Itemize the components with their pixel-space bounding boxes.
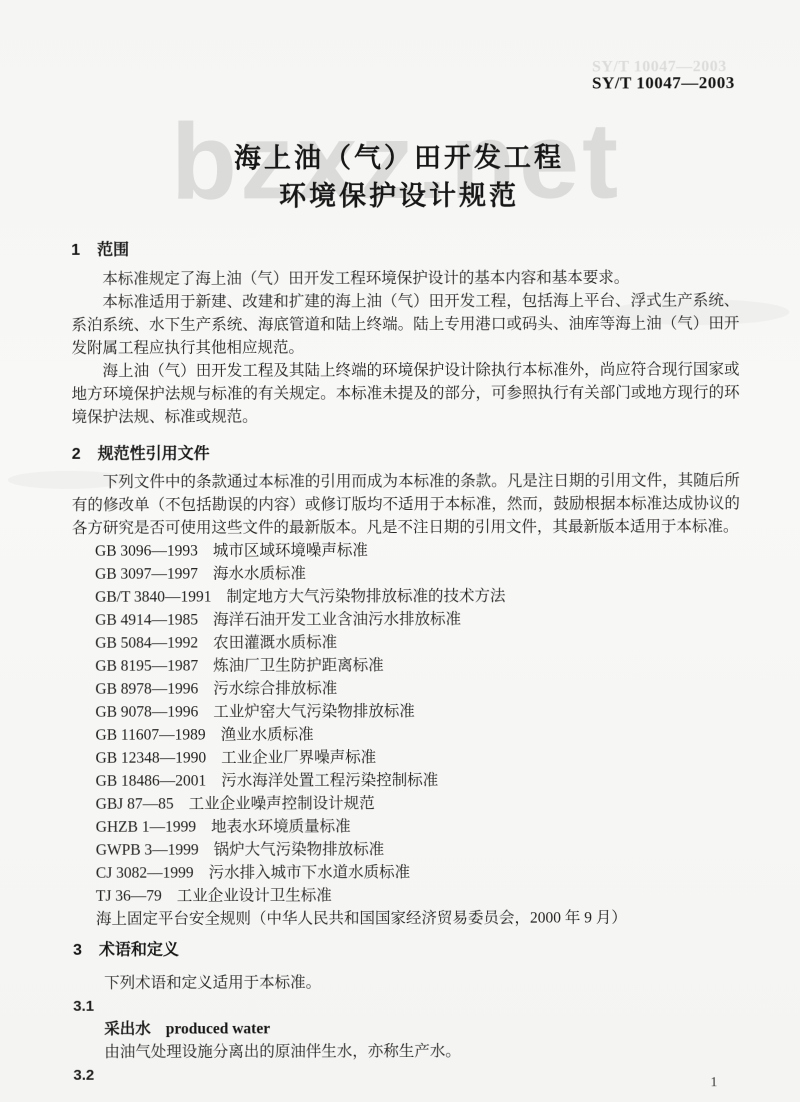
reference-name: 海洋石油开发工业含油污水排放标准	[213, 611, 461, 629]
reference-item: GB 8195—1987炼油厂卫生防护距离标准	[72, 653, 740, 678]
section-title: 术语和定义	[99, 942, 179, 959]
term-english: produced water	[166, 1020, 270, 1037]
reference-item: GB 3096—1993城市区域环境噪声标准	[72, 538, 740, 563]
reference-code: GBJ 87—85	[96, 796, 174, 813]
reference-item: GBJ 87—85工业企业噪声控制设计规范	[73, 791, 741, 816]
reference-item: GB 9078—1996工业炉窑大气污染物排放标准	[72, 699, 740, 724]
reference-name: 锅炉大气污染物排放标准	[214, 841, 385, 858]
reference-name: 渔业水质标准	[221, 726, 314, 743]
reference-code: GB 4914—1985	[95, 612, 198, 629]
term-chinese: 采出水	[104, 1021, 151, 1038]
document-page: bzxz.net SY/T 10047—2003 SY/T 10047—2003…	[0, 0, 800, 1102]
reference-name: 污水海洋处置工程污染控制标准	[221, 772, 438, 790]
reference-item: TJ 36—79工业企业设计卫生标准	[73, 883, 741, 908]
section-number: 2	[72, 446, 81, 463]
section-number: 3	[73, 942, 82, 959]
reference-name: 农田灌溉水质标准	[213, 634, 337, 651]
reference-name: 炼油厂卫生防护距离标准	[213, 657, 384, 674]
paragraph: 下列术语和定义适用于本标准。	[73, 970, 741, 995]
reference-name: 工业企业厂界噪声标准	[221, 749, 376, 766]
section-title: 规范性引用文件	[98, 445, 210, 462]
reference-item: GB 5084—1992农田灌溉水质标准	[72, 630, 740, 655]
reference-item: GB 4914—1985海洋石油开发工业含油污水排放标准	[72, 607, 740, 632]
reference-code: GWPB 3—1999	[96, 842, 199, 859]
term-definition: 由油气处理设施分离出的原油伴生水，亦称生产水。	[73, 1039, 741, 1064]
reference-item: 海上固定平台安全规则（中华人民共和国国家经济贸易委员会，2000 年 9 月）	[73, 906, 741, 931]
reference-item: GB 8978—1996污水综合排放标准	[72, 676, 740, 701]
reference-code: GB 5084—1992	[95, 635, 198, 652]
reference-name: 地表水环境质量标准	[211, 818, 351, 835]
paragraph: 海上油（气）田开发工程及其陆上终端的环境保护设计除执行本标准外，尚应符合现行国家…	[71, 358, 739, 429]
reference-code: GB 12348—1990	[96, 750, 207, 767]
section-title: 范围	[97, 242, 129, 259]
reference-name: 污水综合排放标准	[213, 680, 337, 697]
reference-code: GB 8195—1987	[95, 658, 198, 675]
reference-name: 工业炉窑大气污染物排放标准	[213, 703, 415, 721]
reference-item: GB 3097—1997海水水质标准	[72, 561, 740, 586]
references-list: GB 3096—1993城市区域环境噪声标准 GB 3097—1997海水水质标…	[72, 538, 741, 931]
reference-item: GB 12348—1990工业企业厂界噪声标准	[73, 745, 741, 770]
reference-code: GB 18486—2001	[96, 773, 207, 790]
document-title-line1: 海上油（气）田开发工程	[0, 138, 799, 178]
paragraph: 下列文件中的条款通过本标准的引用而成为本标准的条款。凡是注日期的引用文件，其随后…	[72, 469, 740, 540]
section-heading-references: 2规范性引用文件	[72, 441, 740, 466]
reference-code: GB 11607—1989	[95, 727, 205, 744]
reference-name: 工业企业噪声控制设计规范	[189, 795, 375, 812]
reference-name: 污水排入城市下水道水质标准	[209, 864, 411, 882]
reference-item: GHZB 1—1999地表水环境质量标准	[73, 814, 741, 839]
reference-code: GB/T 3840—1991	[95, 588, 211, 605]
reference-code: CJ 3082—1999	[96, 865, 194, 882]
reference-name: 制定地方大气污染物排放标准的技术方法	[227, 588, 506, 606]
reference-name: 工业企业设计卫生标准	[177, 887, 332, 904]
reference-item: GB 11607—1989渔业水质标准	[72, 722, 740, 747]
reference-code: GB 3096—1993	[95, 543, 198, 560]
term-entry: 采出水produced water	[73, 1016, 741, 1041]
paragraph: 本标准规定了海上油（气）田开发工程环境保护设计的基本内容和基本要求。	[71, 266, 739, 291]
section-heading-terms: 3术语和定义	[73, 937, 741, 962]
reference-item: GB/T 3840—1991制定地方大气污染物排放标准的技术方法	[72, 584, 740, 609]
document-title: 海上油（气）田开发工程 环境保护设计规范	[0, 138, 799, 216]
reference-name: 海上固定平台安全规则（中华人民共和国国家经济贸易委员会，2000 年 9 月）	[96, 909, 627, 927]
clause-number: 3.2	[73, 1062, 741, 1087]
reference-code: GB 8978—1996	[95, 681, 198, 698]
document-title-line2: 环境保护设计规范	[0, 176, 799, 216]
reference-item: CJ 3082—1999污水排入城市下水道水质标准	[73, 860, 741, 885]
reference-code: GB 9078—1996	[95, 704, 198, 721]
reference-code: GB 3097—1997	[95, 566, 198, 583]
section-number: 1	[71, 242, 80, 259]
reference-code: GHZB 1—1999	[96, 819, 196, 836]
reference-item: GWPB 3—1999锅炉大气污染物排放标准	[73, 837, 741, 862]
paragraph: 本标准适用于新建、改建和扩建的海上油（气）田开发工程，包括海上平台、浮式生产系统…	[71, 289, 739, 360]
reference-item: GB 18486—2001污水海洋处置工程污染控制标准	[73, 768, 741, 793]
standard-code: SY/T 10047—2003	[592, 73, 735, 93]
reference-name: 城市区域环境噪声标准	[213, 542, 368, 559]
clause-number: 3.1	[73, 993, 741, 1018]
reference-name: 海水水质标准	[213, 565, 306, 582]
section-heading-scope: 1范围	[71, 237, 739, 262]
document-body: 1范围 本标准规定了海上油（气）田开发工程环境保护设计的基本内容和基本要求。 本…	[71, 237, 741, 1087]
reference-code: TJ 36—79	[96, 888, 162, 905]
